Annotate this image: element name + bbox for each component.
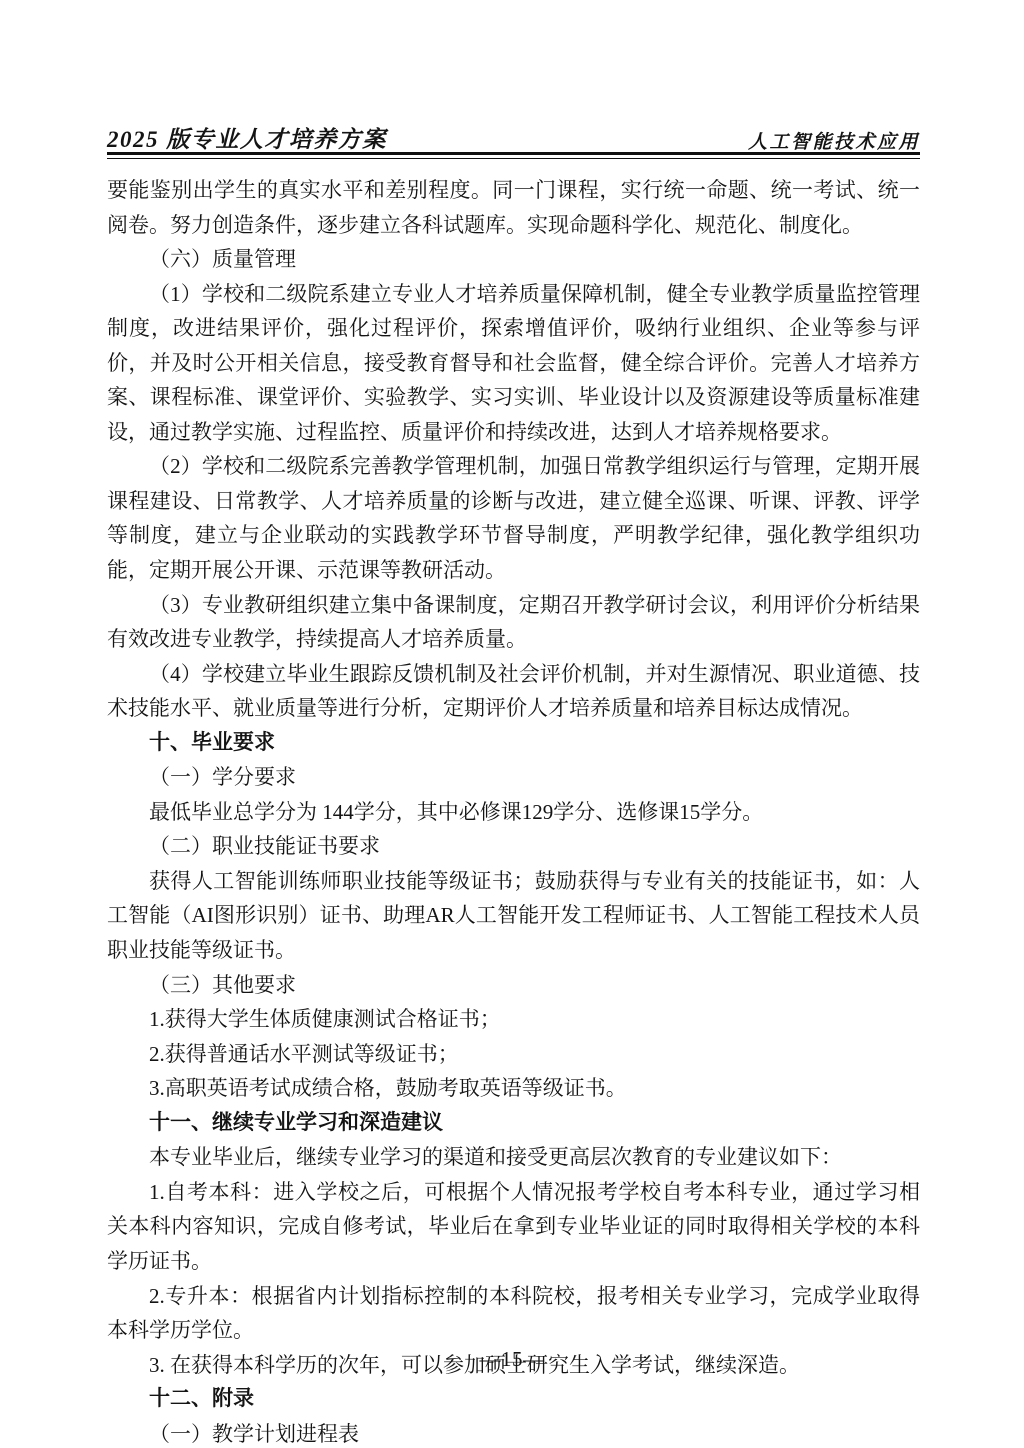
header-program-name: 人工智能技术应用 — [748, 127, 920, 154]
header-divider-rule — [107, 152, 920, 159]
sub-heading-certificate-requirements: （二）职业技能证书要求 — [107, 829, 920, 864]
paragraph-further-study-intro: 本专业毕业后，继续专业学习的渠道和接受更高层次教育的专业建议如下： — [107, 1140, 920, 1175]
sub-heading-credit-requirements: （一）学分要求 — [107, 760, 920, 795]
paragraph-quality-item-4: （4）学校建立毕业生跟踪反馈机制及社会评价机制，并对生源情况、职业道德、技术技能… — [107, 657, 920, 726]
section-heading-graduation-requirements: 十、毕业要求 — [107, 726, 920, 761]
document-page: 2025 版专业人才培养方案 人工智能技术应用 要能鉴别出学生的真实水平和差别程… — [0, 0, 1024, 1448]
page-footer: —15— — [0, 1347, 1024, 1372]
sub-heading-teaching-plan-table: （一）教学计划进程表 — [107, 1417, 920, 1448]
paragraph-credit-detail: 最低毕业总学分为 144学分，其中必修课129学分、选修课15学分。 — [107, 795, 920, 830]
sub-heading-other-requirements: （三）其他要求 — [107, 968, 920, 1003]
paragraph-further-study-2: 2.专升本：根据省内计划指标控制的本科院校，报考相关专业学习，完成学业取得本科学… — [107, 1279, 920, 1348]
paragraph-quality-item-3: （3）专业教研组织建立集中备课制度，定期召开教学研讨会议，利用评价分析结果有效改… — [107, 588, 920, 657]
paragraph-other-requirement-1: 1.获得大学生体质健康测试合格证书； — [107, 1002, 920, 1037]
paragraph-other-requirement-3: 3.高职英语考试成绩合格，鼓励考取英语等级证书。 — [107, 1071, 920, 1106]
paragraph-quality-item-2: （2）学校和二级院系完善教学管理机制，加强日常教学组织运行与管理，定期开展课程建… — [107, 449, 920, 587]
section-heading-further-study: 十一、继续专业学习和深造建议 — [107, 1106, 920, 1141]
paragraph-other-requirement-2: 2.获得普通话水平测试等级证书； — [107, 1037, 920, 1072]
paragraph-certificate-detail: 获得人工智能训练师职业技能等级证书；鼓励获得与专业有关的技能证书，如：人工智能（… — [107, 864, 920, 968]
header-document-title: 2025 版专业人才培养方案 — [107, 121, 387, 154]
section-heading-appendix: 十二、附录 — [107, 1382, 920, 1417]
page-number: —15— — [480, 1347, 545, 1371]
paragraph-quality-item-1: （1）学校和二级院系建立专业人才培养质量保障机制，健全专业教学质量监控管理制度，… — [107, 277, 920, 450]
paragraph-continuation: 要能鉴别出学生的真实水平和差别程度。同一门课程，实行统一命题、统一考试、统一阅卷… — [107, 173, 920, 242]
sub-heading-quality-management: （六）质量管理 — [107, 242, 920, 277]
document-body: 要能鉴别出学生的真实水平和差别程度。同一门课程，实行统一命题、统一考试、统一阅卷… — [107, 173, 920, 1448]
page-header: 2025 版专业人才培养方案 人工智能技术应用 — [107, 121, 920, 154]
paragraph-further-study-1: 1.自考本科：进入学校之后，可根据个人情况报考学校自考本科专业，通过学习相关本科… — [107, 1175, 920, 1279]
